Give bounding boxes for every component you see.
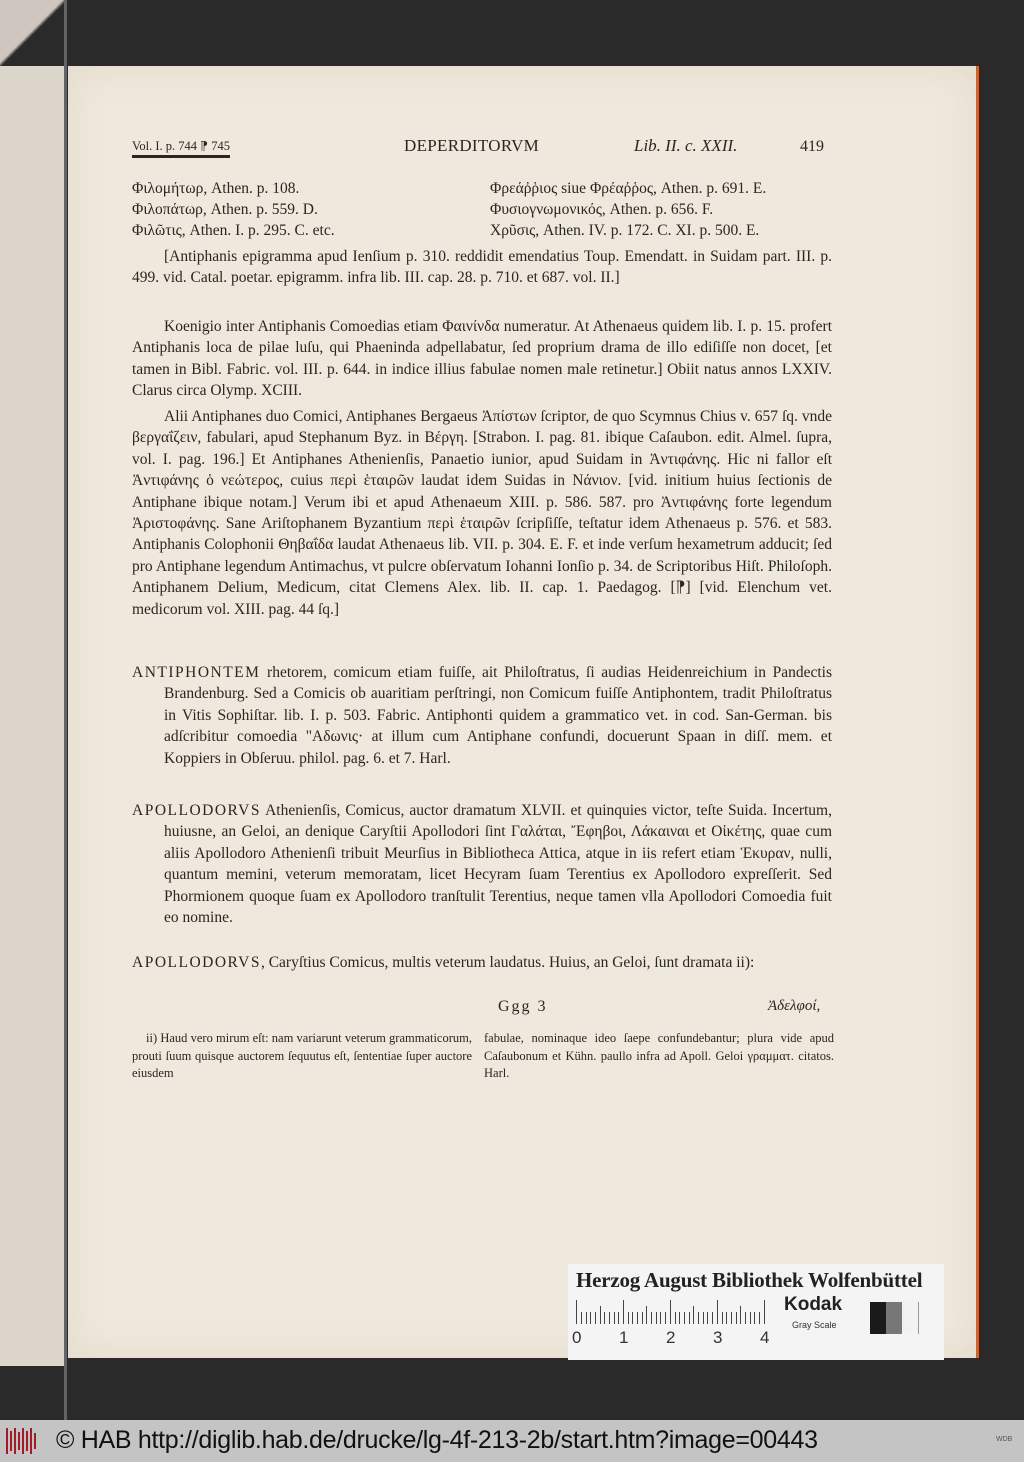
page-header: Vol. I. p. 744 ⁋ 745 DEPERDITORVM Lib. I… xyxy=(132,136,832,162)
page-number: 419 xyxy=(800,138,824,156)
footer-bar: © HAB http://diglib.hab.de/drucke/lg-4f-… xyxy=(0,1420,1024,1462)
entry-text: , Caryſtius Comicus, multis veterum laud… xyxy=(261,954,754,971)
volume-reference: Vol. I. p. 744 ⁋ 745 xyxy=(132,138,230,158)
paragraph-text: Koenigio inter Antiphanis Comoedias etia… xyxy=(132,316,832,402)
title-list: Φιλομήτωρ, Athen. p. 108. Φρεάῤῥιος siue… xyxy=(132,178,832,241)
gray-patch-white xyxy=(902,1302,919,1334)
entry-antiphontem: ANTIPHONTEM rhetorem, comicum etiam fuiſ… xyxy=(132,662,832,769)
book-chapter: Lib. II. c. XXII. xyxy=(634,136,737,156)
running-title: DEPERDITORVM xyxy=(404,136,539,156)
gray-scale-label: Gray Scale xyxy=(792,1320,837,1330)
title-list-item: Φιλοπάτωρ, Athen. p. 559. D. xyxy=(132,199,490,220)
paragraph-text: [Antiphanis epigramma apud Ienſium p. 31… xyxy=(132,246,832,289)
entry-text: rhetorem, comicum etiam fuiſſe, ait Phil… xyxy=(164,664,832,767)
corner-mark: WDB xyxy=(996,1436,1012,1443)
entry-text: Athenienſis, Comicus, auctor dramatum XL… xyxy=(164,802,832,926)
entry-apollodorus-atheniensis: APOLLODORVS Athenienſis, Comicus, auctor… xyxy=(132,800,832,928)
title-list-item: Φιλομήτωρ, Athen. p. 108. xyxy=(132,178,490,199)
title-list-item: Φιλῶτις, Athen. I. p. 295. C. etc. xyxy=(132,220,490,241)
hab-logo-icon xyxy=(6,1428,36,1454)
paragraph-text: Alii Antiphanes duo Comici, Antiphanes B… xyxy=(132,406,832,620)
gray-patch-black xyxy=(870,1302,886,1334)
title-list-item: Φρεάῤῥιος siue Φρέαῤῥος, Athen. p. 691. … xyxy=(490,178,832,199)
entry-heading: APOLLODORVS xyxy=(132,954,261,971)
footnote-left: ii) Haud vero mirum eſt: nam variarunt v… xyxy=(132,1030,472,1083)
entry-heading: ANTIPHONTEM xyxy=(132,664,260,681)
catchword: Ἀδελφοί, xyxy=(768,998,820,1015)
scale-card: Herzog August Bibliothek Wolfenbüttel 0 … xyxy=(568,1264,944,1360)
library-name: Herzog August Bibliothek Wolfenbüttel xyxy=(576,1268,922,1293)
signature-mark: Ggg 3 xyxy=(498,998,548,1016)
entry-heading: APOLLODORVS xyxy=(132,802,261,819)
paragraph-koenigio: Koenigio inter Antiphanis Comoedias etia… xyxy=(132,316,832,402)
gray-patch-mid xyxy=(886,1302,902,1334)
page-fold-shadow xyxy=(0,0,64,66)
ruler xyxy=(576,1300,768,1324)
paragraph-alii-antiphanes: Alii Antiphanes duo Comici, Antiphanes B… xyxy=(132,406,832,620)
kodak-brand: Kodak xyxy=(784,1294,842,1316)
footnote-right: fabulae, nominaque ideo ſaepe confundeba… xyxy=(484,1030,834,1083)
title-list-item: Φυσιογνωμονικός, Athen. p. 656. F. xyxy=(490,199,832,220)
copyright-link[interactable]: © HAB http://diglib.hab.de/drucke/lg-4f-… xyxy=(56,1426,818,1455)
gutter-line xyxy=(64,0,67,1420)
entry-apollodorus-carystius: APOLLODORVS, Caryſtius Comicus, multis v… xyxy=(132,952,832,973)
title-list-item: Χρῦσις, Athen. IV. p. 172. C. XI. p. 500… xyxy=(490,220,832,241)
paragraph-epigram-note: [Antiphanis epigramma apud Ienſium p. 31… xyxy=(132,246,832,289)
previous-page-edge xyxy=(0,66,64,1366)
